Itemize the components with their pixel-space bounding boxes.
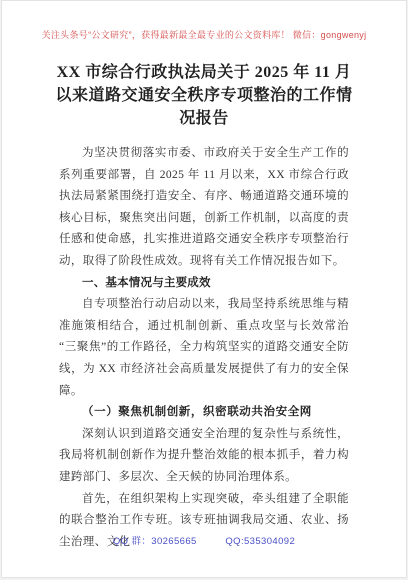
section-heading-1: 一、基本情况与主要成效	[59, 273, 349, 295]
body-paragraph-mechanism: 深刻认识到道路交通安全治理的复杂性与系统性，我局将机制创新作为提升整治效能的根本…	[59, 424, 349, 489]
subsection-heading-1-1: （一）聚焦机制创新，织密联动共治安全网	[59, 402, 349, 424]
document-page: 关注头条号“公文研究”，获得最新最全最专业的公文资料库！ 微信：gongweny…	[1, 0, 407, 578]
body-paragraph-intro: 为坚决贯彻落实市委、市政府关于安全生产工作的系列重要部署，自 2025 年 11…	[59, 143, 349, 273]
promo-banner-text: 关注头条号“公文研究”，获得最新最全最专业的公文资料库！ 微信：gongweny…	[2, 28, 406, 41]
qq-group-number: QQ 群：30265665	[113, 533, 197, 547]
footer-contact: QQ 群：30265665 QQ:535304092	[2, 533, 406, 547]
qq-number: QQ:535304092	[225, 536, 295, 547]
document-body: 为坚决贯彻落实市委、市政府关于安全生产工作的系列重要部署，自 2025 年 11…	[59, 143, 349, 553]
document-title: XX 市综合行政执法局关于 2025 年 11 月以来道路交通安全秩序专项整治的…	[52, 61, 356, 130]
body-paragraph-overview: 自专项整治行动启动以来，我局坚持系统思维与精准施策相结合，通过机制创新、重点攻坚…	[59, 294, 349, 402]
